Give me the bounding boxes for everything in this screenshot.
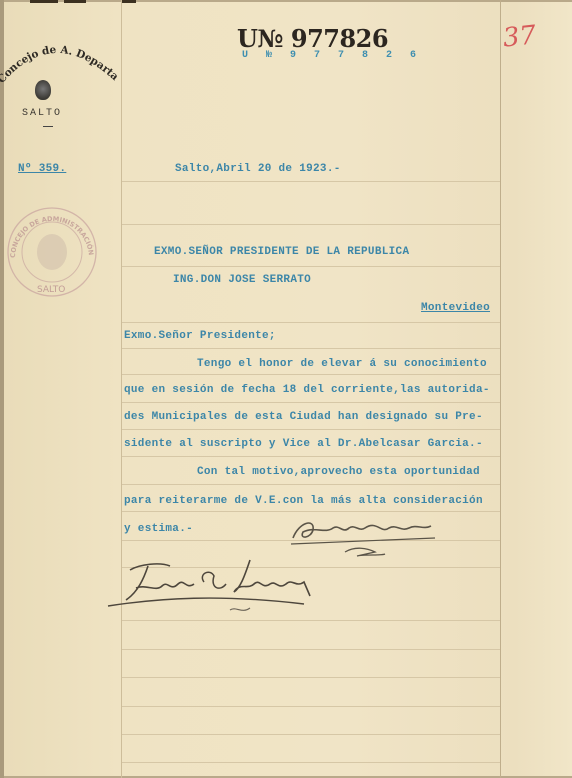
- letterhead-arc-text: Concejo de A. Departamental: [0, 22, 132, 92]
- ruled-line: [122, 484, 500, 485]
- body-line: Tengo el honor de elevar á su conocimien…: [197, 358, 487, 370]
- coat-of-arms-icon: [35, 80, 51, 100]
- addressee-city: Montevideo: [421, 302, 490, 314]
- reference-number: Nº 359.: [18, 163, 66, 175]
- body-line: Con tal motivo,aprovecho esta oportunida…: [197, 466, 480, 478]
- ruled-line: [122, 402, 500, 403]
- body-line: para reiterarme de V.E.con la más alta c…: [124, 495, 483, 507]
- left-margin-rule: [121, 0, 122, 778]
- scan-mark: [30, 0, 58, 3]
- ruled-line: [122, 429, 500, 430]
- signature-francisco-simonelli: [100, 548, 320, 620]
- body-line: des Municipales de esta Ciudad han desig…: [124, 411, 483, 423]
- svg-text:Concejo de A. Departamental: Concejo de A. Departamental: [0, 22, 121, 86]
- body-line: sidente al suscripto y Vice al Dr.Abelca…: [124, 438, 483, 450]
- ruled-line: [122, 734, 500, 735]
- letterhead-divider: [43, 126, 53, 127]
- ruled-line: [122, 322, 500, 323]
- ruled-line: [122, 456, 500, 457]
- letterhead-city: SALTO: [22, 108, 62, 119]
- ruled-line: [122, 348, 500, 349]
- ruled-line: [122, 706, 500, 707]
- scan-mark: [122, 0, 136, 3]
- folio-number: 37: [502, 20, 538, 53]
- right-margin-rule: [500, 0, 501, 778]
- ruled-line: [122, 762, 500, 763]
- ruled-line: [122, 677, 500, 678]
- addressee-name: ING.DON JOSE SERRATO: [173, 274, 311, 286]
- official-seal-stamp: CONCEJO DE ADMINISTRACIÓN DEPARTAMENTAL …: [3, 206, 101, 298]
- date-line: Salto,Abril 20 de 1923.-: [175, 163, 341, 175]
- serial-number-stamped: U № 9 7 7 8 2 6: [242, 50, 422, 61]
- ruled-line: [122, 620, 500, 621]
- serial-number: U№ 977826: [237, 24, 388, 53]
- ruled-line: [122, 649, 500, 650]
- scan-mark: [64, 0, 86, 3]
- addressee-title: EXMO.SEÑOR PRESIDENTE DE LA REPUBLICA: [154, 246, 409, 258]
- ruled-line: [122, 266, 500, 267]
- svg-text:SALTO: SALTO: [37, 285, 65, 295]
- salutation: Exmo.Señor Presidente;: [124, 330, 276, 342]
- body-line: y estima.-: [124, 523, 193, 535]
- ruled-line: [122, 374, 500, 375]
- ruled-line: [122, 181, 500, 182]
- body-line: que en sesión de fecha 18 del corriente,…: [124, 384, 490, 396]
- ruled-line: [122, 224, 500, 225]
